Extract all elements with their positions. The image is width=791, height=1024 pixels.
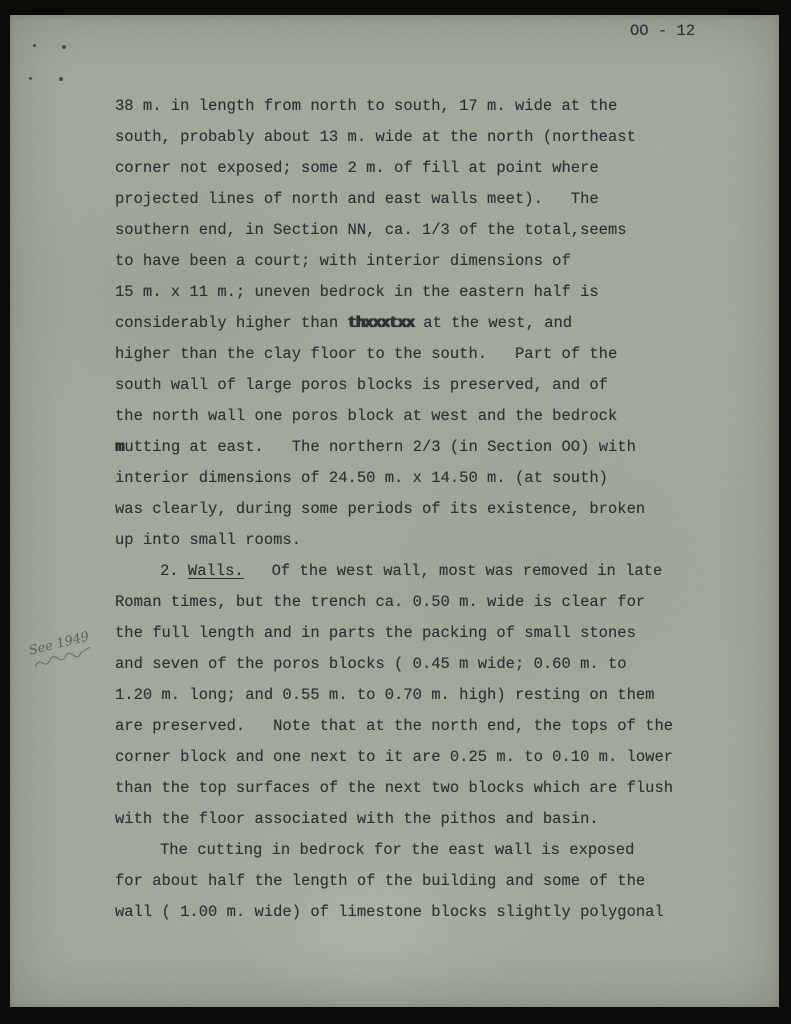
text-line: 1.20 m. long; and 0.55 m. to 0.70 m. hig… bbox=[115, 680, 715, 711]
text-line: with the floor associated with the pitho… bbox=[115, 804, 715, 835]
text-segment: utting at east. The northern 2/3 (in Sec… bbox=[124, 438, 636, 456]
text-line: are preserved. Note that at the north en… bbox=[115, 711, 715, 742]
scan-frame: OO - 12 38 m. in length from north to so… bbox=[0, 0, 791, 1024]
text-segment: considerably higher than bbox=[115, 314, 348, 332]
section-heading-line: 2. Walls. Of the west wall, most was rem… bbox=[115, 556, 715, 587]
handwritten-margin-note: See 1949 bbox=[28, 630, 97, 672]
text-line: than the top surfaces of the next two bl… bbox=[115, 773, 715, 804]
text-line-with-strikeout: considerably higher than thxxxtxx at the… bbox=[115, 308, 715, 339]
text-line: the north wall one poros block at west a… bbox=[115, 401, 715, 432]
text-line: and seven of the poros blocks ( 0.45 m w… bbox=[115, 649, 715, 680]
document-page: OO - 12 38 m. in length from north to so… bbox=[10, 15, 779, 1007]
paragraph-start-line: The cutting in bedrock for the east wall… bbox=[115, 835, 715, 866]
text-line: Roman times, but the trench ca. 0.50 m. … bbox=[115, 587, 715, 618]
text-line: higher than the clay floor to the south.… bbox=[115, 339, 715, 370]
text-line: the full length and in parts the packing… bbox=[115, 618, 715, 649]
text-line-with-overtype: mutting at east. The northern 2/3 (in Se… bbox=[115, 432, 715, 463]
text-line: corner not exposed; some 2 m. of fill at… bbox=[115, 153, 715, 184]
text-segment: Of the west wall, most was removed in la… bbox=[244, 562, 663, 580]
paper-speck bbox=[29, 77, 32, 80]
text-line: southern end, in Section NN, ca. 1/3 of … bbox=[115, 215, 715, 246]
text-line: 38 m. in length from north to south, 17 … bbox=[115, 91, 715, 122]
text-line: was clearly, during some periods of its … bbox=[115, 494, 715, 525]
text-line: for about half the length of the buildin… bbox=[115, 866, 715, 897]
paper-speck bbox=[59, 77, 63, 81]
text-line: wall ( 1.00 m. wide) of limestone blocks… bbox=[115, 897, 715, 928]
text-line: projected lines of north and east walls … bbox=[115, 184, 715, 215]
paper-speck bbox=[33, 44, 36, 47]
overtyped-character: m bbox=[115, 438, 124, 456]
text-line: to have been a court; with interior dime… bbox=[115, 246, 715, 277]
text-line: up into small rooms. bbox=[115, 525, 715, 556]
paper-speck bbox=[62, 45, 66, 49]
section-heading-underlined: Walls. bbox=[188, 562, 244, 580]
text-line: interior dimensions of 24.50 m. x 14.50 … bbox=[115, 463, 715, 494]
text-line: south wall of large poros blocks is pres… bbox=[115, 370, 715, 401]
text-line: south, probably about 13 m. wide at the … bbox=[115, 122, 715, 153]
text-segment: at the west, and bbox=[414, 314, 572, 332]
section-number: 2. bbox=[160, 562, 188, 580]
typewritten-text-block: 38 m. in length from north to south, 17 … bbox=[115, 91, 715, 928]
page-number: OO - 12 bbox=[630, 22, 695, 40]
text-line: corner block and one next to it are 0.25… bbox=[115, 742, 715, 773]
overstruck-word: thxxxtxx bbox=[348, 314, 414, 332]
text-line: 15 m. x 11 m.; uneven bedrock in the eas… bbox=[115, 277, 715, 308]
